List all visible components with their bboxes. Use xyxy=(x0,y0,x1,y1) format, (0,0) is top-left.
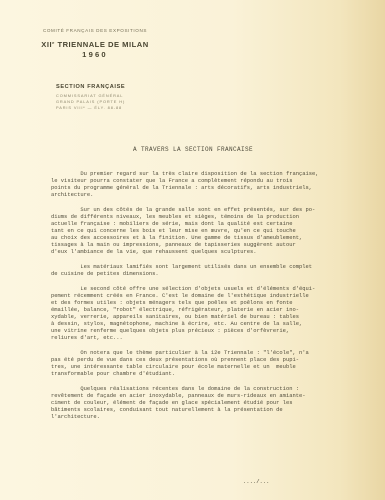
paragraph: Sur un des côtés de la grande salle sont… xyxy=(51,206,371,255)
address-line: GRAND PALAIS (PORTE H) xyxy=(56,99,125,104)
paragraph: Le second côté offre une sélection d'obj… xyxy=(51,285,371,341)
organization-name: COMITÉ FRANÇAIS DES EXPOSITIONS xyxy=(30,28,160,33)
event-title: XIIe TRIENNALE DE MILAN xyxy=(30,40,160,49)
event-name: TRIENNALE DE MILAN xyxy=(55,40,149,49)
document-title: A TRAVERS LA SECTION FRANCAISE xyxy=(133,146,253,153)
address-line: PARIS VIIIᵉ — ÉLY. 88-88 xyxy=(56,105,122,110)
section-name: SECTION FRANÇAISE xyxy=(56,84,125,90)
paragraph: Du premier regard sur la très claire dis… xyxy=(51,170,371,198)
paragraph: Les matériaux lamifiés sont largement ut… xyxy=(51,263,371,277)
document-body: Du premier regard sur la très claire dis… xyxy=(51,170,371,428)
event-year: 1960 xyxy=(30,50,160,59)
paragraph: On notera que le thème particulier à la … xyxy=(51,349,371,377)
paragraph: Quelques réalisations récentes dans le d… xyxy=(51,385,371,420)
document-page: COMITÉ FRANÇAIS DES EXPOSITIONS XIIe TRI… xyxy=(0,0,385,500)
event-roman-numeral: XII xyxy=(41,40,52,49)
continuation-marker: ..../... xyxy=(243,478,269,485)
address-line: COMMISSARIAT GÉNÉRAL xyxy=(56,93,123,98)
